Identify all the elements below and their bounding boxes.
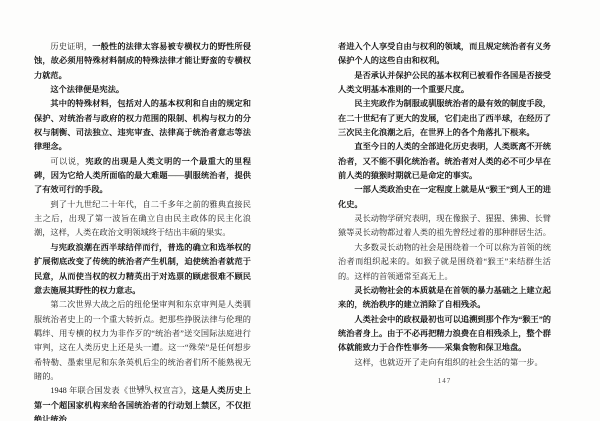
text-run: 到了十九世纪二十年代，自二千多年之前的雅典直接民主之后，出现了第一波旨在确立自由… [34,200,251,238]
text-run: 灵长动物学研究表明，现在像猴子、猩猩、狒狒、长臂猿等灵长动物都过着人类的祖先曾经… [338,214,551,237]
paragraph: 民主宪政作为制服或驯服统治者的最有效的制度手段，在二十世纪有了更大的发展，它们走… [338,97,551,140]
page-number-right: 147 [338,377,551,385]
page-right-text-block: 者进入个人享受自由与权利的领域，而且规定统治者有义务保护个人的这些自由和权利。是… [338,40,551,370]
paragraph: 大多数灵长动物的社会是围绕着一个可以称为首领的统治者而组织起来的。如猴子就是围绕… [338,241,551,284]
text-run: 第二次世界大战之后的纽伦堡审判和东京审判是人类驯服统治者史上的一个重大转折点。把… [34,300,251,381]
page-left-text-block: 历史证明，一般性的法律太容易被专横权力的野性所侵蚀，故必须用特殊材料制成的特殊法… [34,40,251,421]
paragraph: 灵长动物学研究表明，现在像猴子、猩猩、狒狒、长臂猿等灵长动物都过着人类的祖先曾经… [338,212,551,241]
text-run: 这样，也就迈开了走向有组织的社会生活的第一步。 [354,358,542,367]
paragraph: 一部人类政治史在一定程度上就是从“猴王”到人王的进化史。 [338,183,551,212]
text-run: 大多数灵长动物的社会是围绕着一个可以称为首领的统治者而组织起来的。如猴子就是围绕… [338,243,551,281]
paragraph: 可以说，宪政的出现是人类文明的一个最重大的里程碑，因为它给人类所面临的最大难题—… [34,155,251,198]
paragraph: 这个法律便是宪法。 [34,83,251,97]
paragraph: 到了十九世纪二十年代，自二千多年之前的雅典直接民主之后，出现了第一波旨在确立自由… [34,198,251,241]
bold-text-run: 与宪政浪潮在西半球结伴而行，普选的确立和选举权的扩展彻底改变了传统的统治者产生机… [34,243,251,295]
bold-text-run: 一部人类政治史在一定程度上就是从“猴王”到人王的进化史。 [338,185,551,208]
paragraph: 人类社会中的政权最初也可以追溯到那个作为“猴王”的统治者身上。由于不必再把精力浪… [338,313,551,356]
bold-text-run: 直至今日的人类的全部进化历史表明，人类既离不开统治者，又不能不驯化统治者。统治者… [338,142,551,180]
bold-text-run: 人类社会中的政权最初也可以追溯到那个作为“猴王”的统治者身上。由于不必再把精力浪… [338,315,551,353]
paragraph: 第二次世界大战之后的纽伦堡审判和东京审判是人类驯服统治者史上的一个重大转折点。把… [34,298,251,384]
paragraph: 这样，也就迈开了走向有组织的社会生活的第一步。 [338,356,551,370]
paragraph: 与宪政浪潮在西半球结伴而行，普选的确立和选举权的扩展彻底改变了传统的统治者产生机… [34,241,251,298]
paragraph: 者进入个人享受自由与权利的领域，而且规定统治者有义务保护个人的这些自由和权利。 [338,40,551,69]
paragraph: 是否承认并保护公民的基本权利已被看作各国是否接受人类文明基本准则的一个重要尺度。 [338,69,551,98]
bold-text-run: 民主宪政作为制服或驯服统治者的最有效的制度手段，在二十世纪有了更大的发展，它们走… [338,99,551,137]
page-number-left: 146 [34,384,251,392]
paragraph: 直至今日的人类的全部进化历史表明，人类既离不开统治者，又不能不驯化统治者。统治者… [338,140,551,183]
bold-text-run: 这个法律便是宪法。 [50,85,124,94]
text-run: 可以说， [50,157,85,166]
book-spread-scan: 历史证明，一般性的法律太容易被专横权力的野性所侵蚀，故必须用特殊材料制成的特殊法… [0,0,600,421]
bold-text-run: 是否承认并保护公民的基本权利已被看作各国是否接受人类文明基本准则的一个重要尺度。 [338,71,551,94]
bold-text-run: 灵长动物社会的本质就是在首领的暴力基础之上建立起来的，统治秩序的建立消除了自相残… [338,286,551,309]
text-run: 历史证明， [50,42,92,51]
paragraph: 历史证明，一般性的法律太容易被专横权力的野性所侵蚀，故必须用特殊材料制成的特殊法… [34,40,251,83]
bold-text-run: 者进入个人享受自由与权利的领域，而且规定统治者有义务保护个人的这些自由和权利。 [338,42,551,65]
bold-text-run: 其中的特殊材料，包括对人的基本权利和自由的规定和保护、对统治者与政府的权力范围的… [34,99,251,151]
paragraph: 其中的特殊材料，包括对人的基本权利和自由的规定和保护、对统治者与政府的权力范围的… [34,97,251,154]
paragraph: 灵长动物社会的本质就是在首领的暴力基础之上建立起来的，统治秩序的建立消除了自相残… [338,284,551,313]
